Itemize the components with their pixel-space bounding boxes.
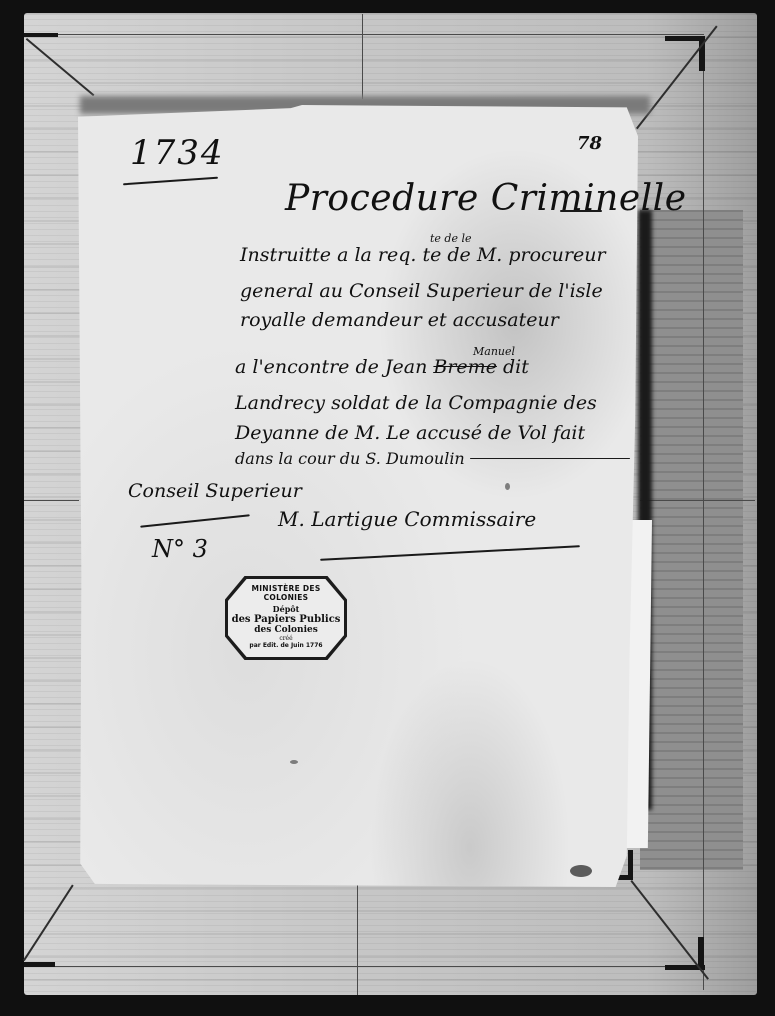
body-closing-line <box>470 458 630 459</box>
stamp-colonies: des Colonies <box>228 625 344 635</box>
body-line-text: dit <box>503 356 529 378</box>
corner-mark-bottom-left <box>24 962 55 967</box>
body-line: Landrecy soldat de la Compagnie des <box>235 392 597 414</box>
left-margin-note: Conseil Superieur <box>128 480 302 502</box>
ink-blot <box>570 865 592 877</box>
stamp-depot: Dépôt <box>228 604 344 614</box>
body-line: Instruitte a la req. te de M. procureur <box>240 244 606 266</box>
board-shadow-strip <box>640 210 743 870</box>
board-rule-horizontal-left-mid <box>24 500 79 501</box>
stamp-edit: par Edit. de Juin 1776 <box>228 642 344 649</box>
board-rule-horizontal-top <box>24 34 704 35</box>
document-title: Procedure Criminelle <box>285 178 687 219</box>
body-line-text: a l'encontre de Jean <box>235 356 427 378</box>
stamp-papiers: des Papiers Publics <box>228 614 344 625</box>
struck-word: Breme <box>433 356 497 378</box>
document-number: N° 3 <box>152 535 208 563</box>
board-rule-horizontal-bottom <box>24 966 704 967</box>
corner-mark-top-left <box>24 33 58 37</box>
ink-blot <box>505 483 510 490</box>
archive-stamp: MINISTÈRE DES COLONIES Dépôt des Papiers… <box>228 579 344 657</box>
document-year: 1734 <box>130 133 225 173</box>
body-line: a l'encontre de Jean Breme dit <box>235 356 529 378</box>
board-rule-vertical-center-bottom <box>357 885 358 995</box>
commissaire-line: M. Lartigue Commissaire <box>278 507 536 531</box>
ink-blot <box>290 760 298 764</box>
body-line: royalle demandeur et accusateur <box>240 309 559 331</box>
body-line: general au Conseil Superieur de l'isle <box>240 280 603 302</box>
board-rule-vertical-right <box>703 40 704 990</box>
folio-number: 78 <box>577 133 602 154</box>
stamp-ministry: MINISTÈRE DES COLONIES <box>228 584 344 602</box>
title-underline <box>560 210 602 212</box>
body-line: dans la cour du S. Dumoulin <box>235 449 465 468</box>
corner-mark-inner-bottom-right-v <box>628 850 633 880</box>
body-line: Deyanne de M. Le accusé de Vol fait <box>235 422 585 444</box>
stamp-cree: créé <box>228 635 344 642</box>
board-rule-vertical-center <box>362 14 363 99</box>
board-rule-horizontal-right-mid <box>640 500 755 501</box>
